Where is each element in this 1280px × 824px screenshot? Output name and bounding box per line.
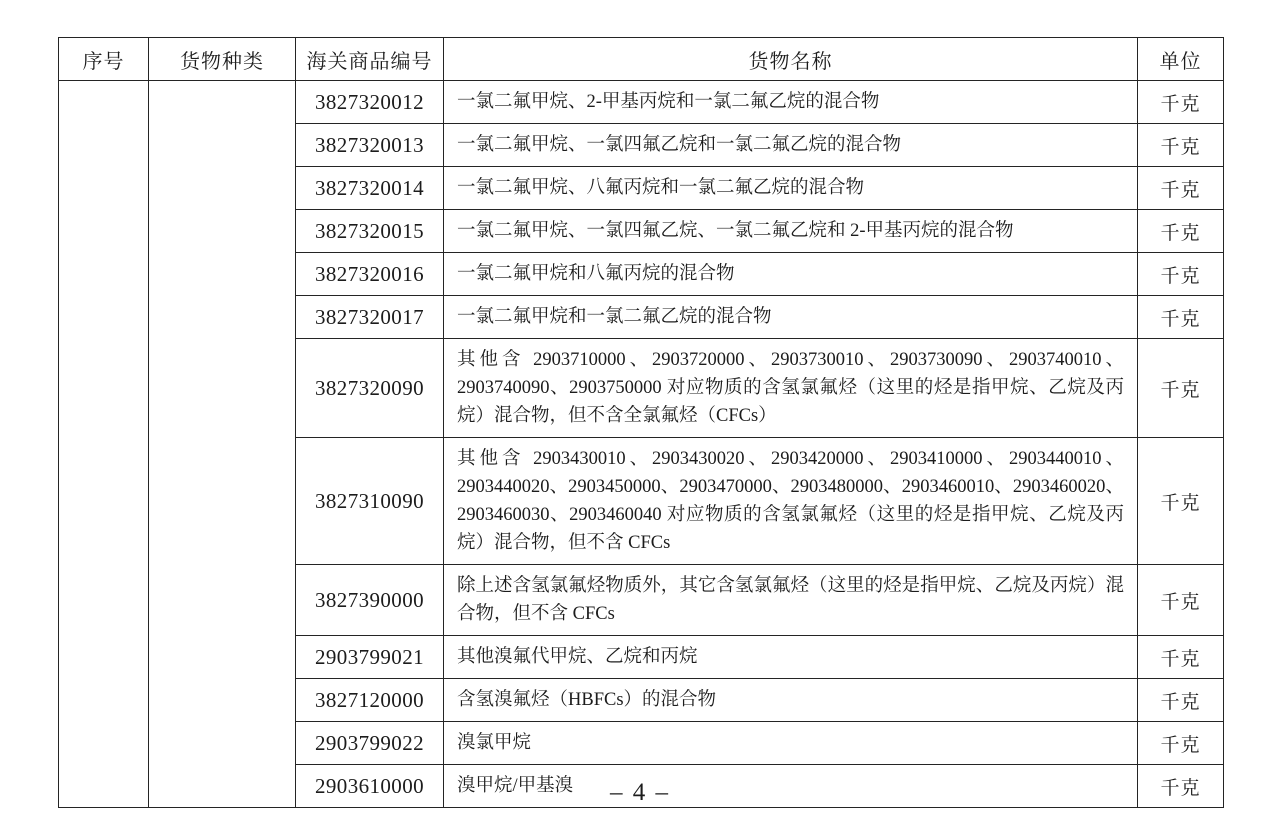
document-page: 序号 货物种类 海关商品编号 货物名称 单位 3827320012一氯二氟甲烷、… xyxy=(0,0,1280,824)
hs-code-cell: 3827320013 xyxy=(296,124,444,167)
hs-code-cell: 3827320012 xyxy=(296,81,444,124)
unit-cell: 千克 xyxy=(1138,565,1224,636)
goods-name-cell: 一氯二氟甲烷、八氟丙烷和一氯二氟乙烷的混合物 xyxy=(444,167,1138,210)
unit-cell: 千克 xyxy=(1138,296,1224,339)
goods-name-cell: 一氯二氟甲烷和一氯二氟乙烷的混合物 xyxy=(444,296,1138,339)
hs-code-cell: 3827310090 xyxy=(296,438,444,565)
unit-cell: 千克 xyxy=(1138,722,1224,765)
header-category: 货物种类 xyxy=(149,38,296,81)
table-body: 3827320012一氯二氟甲烷、2-甲基丙烷和一氯二氟乙烷的混合物千克3827… xyxy=(59,81,1224,808)
hs-code-cell: 3827120000 xyxy=(296,679,444,722)
table-header-row: 序号 货物种类 海关商品编号 货物名称 单位 xyxy=(59,38,1224,81)
category-cell xyxy=(149,81,296,808)
serial-cell xyxy=(59,81,149,808)
hs-code-cell: 3827320015 xyxy=(296,210,444,253)
unit-cell: 千克 xyxy=(1138,124,1224,167)
table-row: 3827320012一氯二氟甲烷、2-甲基丙烷和一氯二氟乙烷的混合物千克 xyxy=(59,81,1224,124)
page-number: – 4 – xyxy=(0,779,1280,807)
hs-code-cell: 3827320017 xyxy=(296,296,444,339)
hs-code-cell: 2903799021 xyxy=(296,636,444,679)
unit-cell: 千克 xyxy=(1138,210,1224,253)
goods-name-cell: 含氢溴氟烃（HBFCs）的混合物 xyxy=(444,679,1138,722)
header-goods-name: 货物名称 xyxy=(444,38,1138,81)
goods-name-cell: 除上述含氢氯氟烃物质外，其它含氢氯氟烃（这里的烃是指甲烷、乙烷及丙烷）混合物，但… xyxy=(444,565,1138,636)
header-unit: 单位 xyxy=(1138,38,1224,81)
hs-code-cell: 3827320014 xyxy=(296,167,444,210)
hs-code-cell: 3827320090 xyxy=(296,339,444,438)
hs-code-cell: 3827320016 xyxy=(296,253,444,296)
goods-name-cell: 其他含 2903710000、2903720000、2903730010、290… xyxy=(444,339,1138,438)
goods-name-cell: 一氯二氟甲烷、一氯四氟乙烷、一氯二氟乙烷和 2-甲基丙烷的混合物 xyxy=(444,210,1138,253)
header-hs-code: 海关商品编号 xyxy=(296,38,444,81)
goods-name-cell: 一氯二氟甲烷、一氯四氟乙烷和一氯二氟乙烷的混合物 xyxy=(444,124,1138,167)
unit-cell: 千克 xyxy=(1138,167,1224,210)
unit-cell: 千克 xyxy=(1138,339,1224,438)
unit-cell: 千克 xyxy=(1138,679,1224,722)
unit-cell: 千克 xyxy=(1138,636,1224,679)
unit-cell: 千克 xyxy=(1138,253,1224,296)
goods-table: 序号 货物种类 海关商品编号 货物名称 单位 3827320012一氯二氟甲烷、… xyxy=(58,37,1224,808)
hs-code-cell: 3827390000 xyxy=(296,565,444,636)
goods-name-cell: 一氯二氟甲烷和八氟丙烷的混合物 xyxy=(444,253,1138,296)
hs-code-cell: 2903799022 xyxy=(296,722,444,765)
goods-name-cell: 溴氯甲烷 xyxy=(444,722,1138,765)
unit-cell: 千克 xyxy=(1138,438,1224,565)
header-serial: 序号 xyxy=(59,38,149,81)
goods-name-cell: 其他溴氟代甲烷、乙烷和丙烷 xyxy=(444,636,1138,679)
goods-name-cell: 一氯二氟甲烷、2-甲基丙烷和一氯二氟乙烷的混合物 xyxy=(444,81,1138,124)
unit-cell: 千克 xyxy=(1138,81,1224,124)
goods-name-cell: 其他含 2903430010、2903430020、2903420000、290… xyxy=(444,438,1138,565)
